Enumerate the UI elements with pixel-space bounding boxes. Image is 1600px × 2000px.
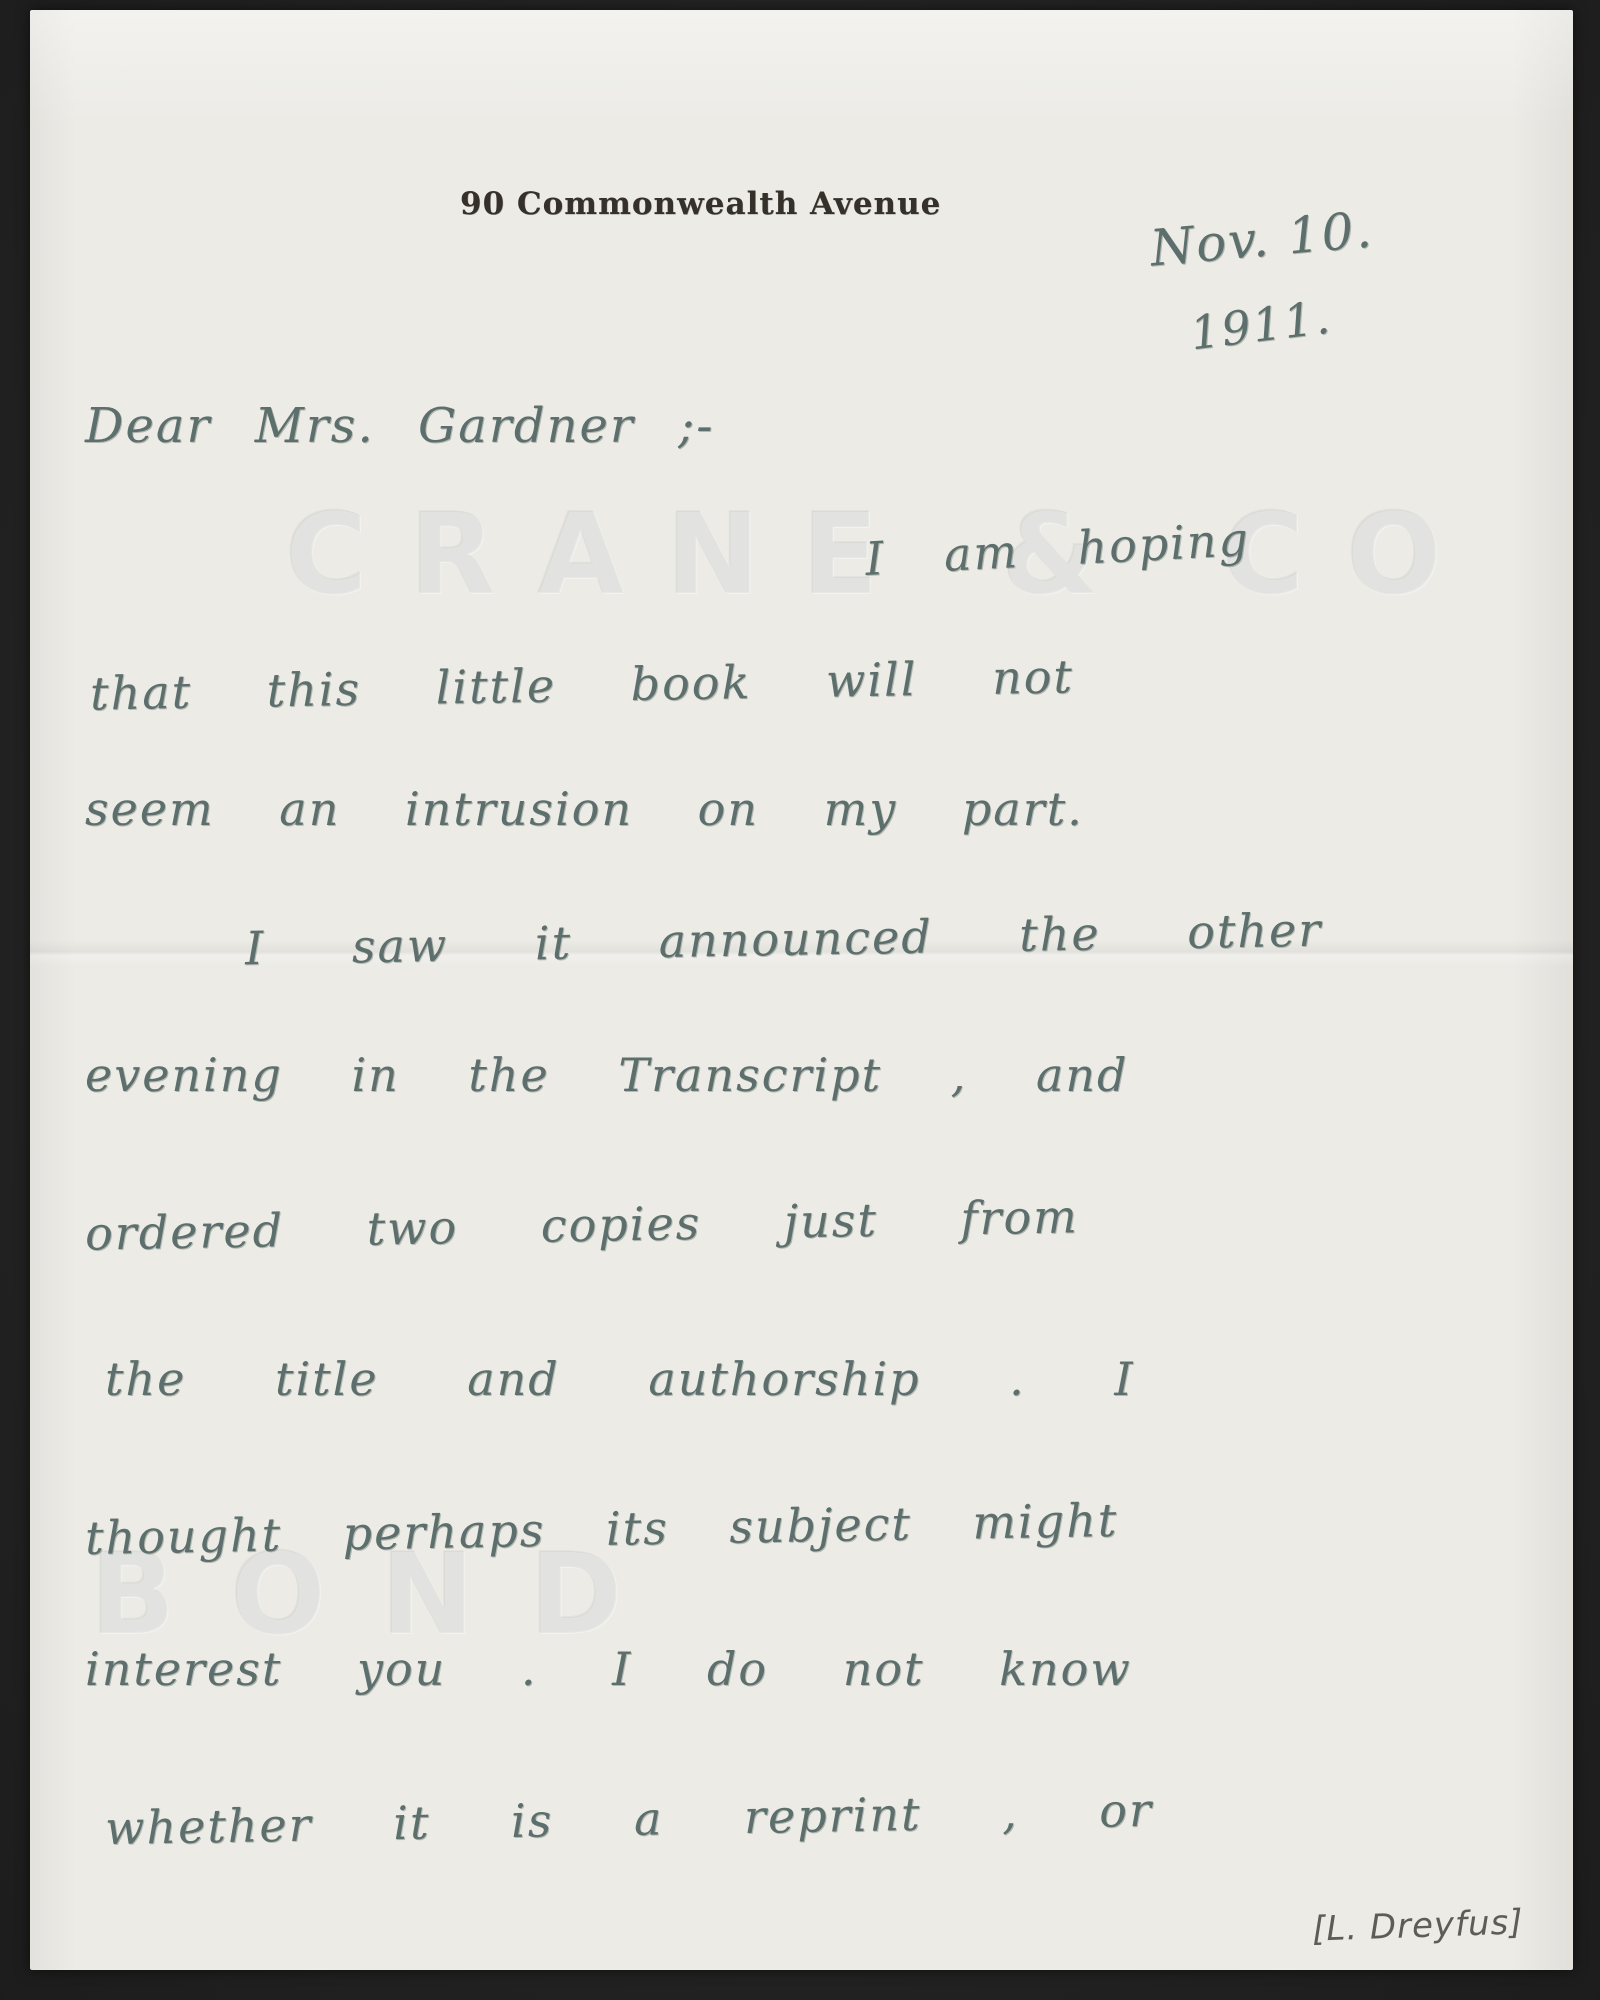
handwriting-line: the title and authorship . I	[105, 1352, 1135, 1406]
handwriting-line: ordered two copies just from	[85, 1189, 1080, 1260]
handwriting-line: whether it is a reprint , or	[105, 1783, 1154, 1855]
handwriting-line: seem an intrusion on my part.	[85, 782, 1084, 836]
date-line-year: 1911.	[1187, 290, 1334, 361]
date-line-month-day: Nov. 10.	[1148, 200, 1376, 277]
curator-annotation: [L. Dreyfus]	[1311, 1902, 1524, 1949]
handwriting-line: thought perhaps its subject might	[85, 1493, 1119, 1565]
letterhead-address: 90 Commonwealth Avenue	[460, 186, 941, 222]
letter-paper: CRANE & CO BOND 90 Commonwealth Avenue N…	[30, 10, 1573, 1970]
handwriting-line: evening in the Transcript , and	[85, 1048, 1128, 1102]
handwriting-line: interest you . I do not know	[85, 1642, 1132, 1696]
handwriting-line: that this little book will not	[90, 649, 1075, 720]
salutation: Dear Mrs. Gardner ;-	[85, 398, 715, 454]
